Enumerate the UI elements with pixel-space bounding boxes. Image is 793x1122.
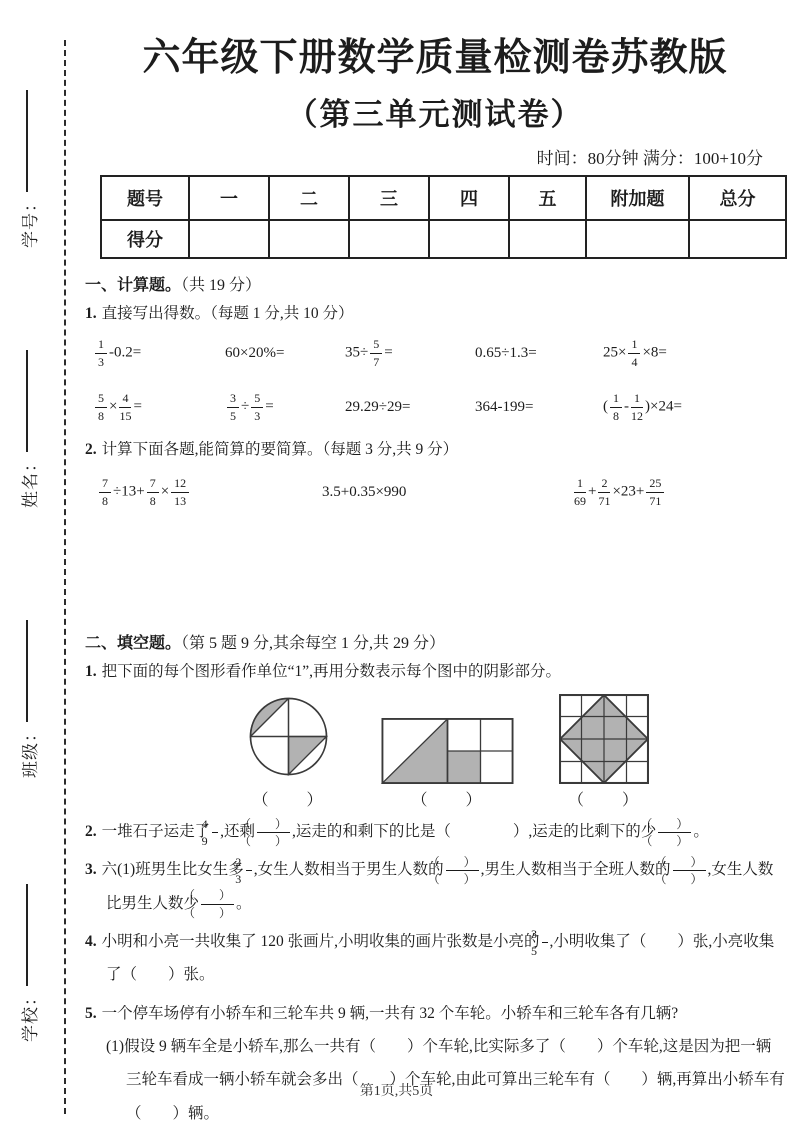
mental-calc-row-1: 13-0.2= 60×20%= 35÷57= 0.65÷1.3= 25×14×8… [85, 329, 785, 377]
fill-blank-q5: 5.一个停车场停有小轿车和三轮车共 9 辆,一共有 32 个车轮。小轿车和三轮车… [85, 997, 785, 1030]
calc-expression: 3.5+0.35×990 [322, 484, 572, 501]
question-number: 5. [85, 1005, 97, 1022]
fraction: 271 [598, 476, 610, 508]
fraction: （ ）（ ） [257, 817, 290, 849]
shaded-figure-row: （ ） （ ） （ ） [85, 689, 785, 810]
calc-expression: 0.65÷1.3= [475, 345, 603, 362]
score-cell [509, 220, 586, 258]
class-label: 班级： [16, 724, 41, 778]
fraction: 112 [631, 391, 643, 423]
margin-field-school: 学校： [16, 884, 40, 1042]
section2-heading-score: （第 5 题 9 分,其余每空 1 分,共 29 分） [181, 635, 445, 652]
section2-q1-prompt: 1.把下面的每个图形看作单位“1”,再用分数表示每个图中的阴影部分。 [85, 659, 785, 681]
text-run: 3.5+0.35×990 [322, 484, 406, 500]
paper-content: 六年级下册数学质量检测卷苏教版 （第三单元测试卷） 时间：80分钟 满分：100… [85, 0, 785, 1122]
text-run: × [161, 483, 169, 499]
figure-answer-blank: （ ） [252, 787, 324, 810]
margin-field-name: 姓名： [16, 350, 40, 508]
question-number: 1. [85, 305, 97, 322]
section1-heading-score: （共 19 分） [181, 277, 261, 294]
question-number: 1. [85, 663, 97, 680]
question-number: 2. [85, 441, 97, 458]
text-run: 364-199= [475, 399, 533, 415]
simplify-calc-row: 78÷13+78×1213 3.5+0.35×990 169+271×23+25… [85, 467, 785, 517]
text-run: 25× [603, 344, 626, 360]
margin-field-student-id: 学号： [16, 90, 40, 248]
fraction: （ ）（ ） [658, 817, 691, 849]
text-run: ÷13+ [113, 483, 145, 499]
fraction: （ ）（ ） [446, 855, 479, 887]
fraction: 78 [99, 476, 111, 508]
text-run: ,男生人数相当于全班人数的 [481, 861, 671, 878]
figure-circle-block: （ ） [241, 689, 336, 810]
text-run: 。 [236, 895, 252, 912]
calc-expression: 13-0.2= [93, 337, 225, 369]
fraction: 14 [628, 337, 640, 369]
page-number-footer: 第1页,共5页 [0, 1080, 793, 1100]
fill-blank-q2: 2.一堆石子运走了49,还剩（ ）（ ）,运走的和剩下的比是（ ）,运走的比剩下… [85, 815, 785, 848]
fraction: 169 [574, 476, 586, 508]
score-cell [269, 220, 349, 258]
text-run: = [133, 398, 141, 414]
question-text: 把下面的每个图形看作单位“1”,再用分数表示每个图中的阴影部分。 [102, 663, 561, 680]
student-id-label: 学号： [16, 194, 41, 248]
calc-expression: 78÷13+78×1213 [97, 476, 322, 508]
text-run: 。 [693, 823, 709, 840]
fraction: 2571 [646, 476, 664, 508]
figure-grid-diamond-block: （ ） [559, 694, 649, 810]
student-id-blank-line [24, 90, 28, 192]
fraction: 13 [95, 337, 107, 369]
text-run: + [588, 483, 596, 499]
fraction: 78 [147, 476, 159, 508]
score-cell [586, 220, 689, 258]
fraction: 58 [95, 391, 107, 423]
question-number: 4. [85, 933, 97, 950]
fraction: 49 [212, 817, 218, 849]
score-table: 题号 一 二 三 四 五 附加题 总分 得分 [100, 175, 787, 259]
school-blank-line [24, 884, 28, 986]
fraction: （ ）（ ） [201, 888, 234, 920]
text-run: 0.65÷1.3= [475, 345, 537, 361]
header-total: 总分 [689, 176, 786, 220]
class-blank-line [24, 620, 28, 722]
question-number: 3. [85, 861, 97, 878]
text-run: 29.29÷29= [345, 399, 410, 415]
fraction: 35 [227, 391, 239, 423]
text-run: 60×20%= [225, 345, 284, 361]
text-run: = [384, 344, 392, 360]
header-part-4: 四 [429, 176, 509, 220]
score-cell [189, 220, 269, 258]
paper-title: 六年级下册数学质量检测卷苏教版 [85, 26, 785, 81]
text-run: 35÷ [345, 344, 368, 360]
question-text: 计算下面各题,能简算的要简算。（每题 3 分,共 9 分） [102, 441, 459, 458]
calc-expression: 35÷53= [225, 391, 345, 423]
text-run: ×8= [642, 344, 666, 360]
header-part-5: 五 [509, 176, 586, 220]
header-part-1: 一 [189, 176, 269, 220]
calc-expression: 60×20%= [225, 345, 345, 362]
fraction: 23 [246, 855, 252, 887]
calc-expression: 58×415= [93, 391, 225, 423]
margin-field-class: 班级： [16, 620, 40, 778]
text-run: 一堆石子运走了 [102, 823, 211, 840]
text-run: ( [603, 398, 608, 414]
sub-question-number: (1) [106, 1038, 124, 1055]
score-cell [349, 220, 429, 258]
paper-subtitle: （第三单元测试卷） [85, 89, 785, 134]
figure-answer-blank: （ ） [411, 787, 483, 810]
mental-calc-row-2: 58×415= 35÷53= 29.29÷29= 364-199= (18-11… [85, 383, 785, 431]
header-part-2: 二 [269, 176, 349, 220]
rectangle-triangle-figure [380, 718, 515, 784]
section1-q1-prompt: 1.直接写出得数。（每题 1 分,共 10 分） [85, 301, 785, 323]
fraction: 57 [370, 337, 382, 369]
circle-quadrant-figure [241, 689, 336, 784]
question-body: 六(1)班男生比女生多23,女生人数相当于男生人数的（ ）（ ）,男生人数相当于… [102, 861, 774, 911]
name-label: 姓名： [16, 454, 41, 508]
figure-answer-blank: （ ） [568, 787, 640, 810]
fill-blank-q5-part1: (1)假设 9 辆车全是小轿车,那么一共有（ ）个车轮,比实际多了（ ）个车轮,… [85, 1030, 785, 1122]
fraction: 53 [251, 391, 263, 423]
text-run: ×23+ [612, 483, 644, 499]
fraction: （ ）（ ） [673, 855, 706, 887]
question-text: 一个停车场停有小轿车和三轮车共 9 辆,一共有 32 个车轮。小轿车和三轮车各有… [102, 1005, 679, 1022]
header-part-3: 三 [349, 176, 429, 220]
question-number: 2. [85, 823, 97, 840]
text-run: × [109, 398, 117, 414]
margin-dashed-divider [64, 40, 66, 1114]
question-body: 小明和小亮一共收集了 120 张画片,小明收集的画片张数是小亮的35,小明收集了… [102, 933, 775, 983]
score-table-header-row: 题号 一 二 三 四 五 附加题 总分 [101, 176, 786, 220]
score-cell [689, 220, 786, 258]
text-run: ,女生人数相当于男生人数的 [254, 861, 444, 878]
fill-blank-q3: 3.六(1)班男生比女生多23,女生人数相当于男生人数的（ ）（ ）,男生人数相… [85, 853, 785, 920]
text-run: 小明和小亮一共收集了 120 张画片,小明收集的画片张数是小亮的 [102, 933, 540, 950]
score-table-score-row: 得分 [101, 220, 786, 258]
fraction: 35 [542, 927, 548, 959]
text-run: ÷ [241, 398, 249, 414]
header-bonus: 附加题 [586, 176, 689, 220]
section2-heading: 二、填空题。（第 5 题 9 分,其余每空 1 分,共 29 分） [85, 630, 785, 653]
fraction: 1213 [171, 476, 189, 508]
text-run: 六(1)班男生比女生多 [102, 861, 244, 878]
calc-expression: 364-199= [475, 399, 603, 416]
score-row-label: 得分 [101, 220, 189, 258]
calc-expression: 169+271×23+2571 [572, 476, 785, 508]
calc-expression: (18-112)×24= [603, 391, 785, 423]
calc-expression: 29.29÷29= [345, 399, 475, 416]
text-run: -0.2= [109, 344, 141, 360]
exam-time-score-info: 时间：80分钟 满分：100+10分 [85, 144, 785, 169]
question-text: 直接写出得数。（每题 1 分,共 10 分） [102, 305, 354, 322]
score-cell [429, 220, 509, 258]
text-run: = [265, 398, 273, 414]
school-label: 学校： [16, 988, 41, 1042]
section1-heading: 一、计算题。（共 19 分） [85, 272, 785, 295]
fraction: 415 [119, 391, 131, 423]
section1-q2-prompt: 2.计算下面各题,能简算的要简算。（每题 3 分,共 9 分） [85, 437, 785, 459]
name-blank-line [24, 350, 28, 452]
calc-expression: 35÷57= [345, 337, 475, 369]
calc-expression: 25×14×8= [603, 337, 785, 369]
header-question-number: 题号 [101, 176, 189, 220]
fraction: 18 [610, 391, 622, 423]
grid-diamond-figure [559, 694, 649, 784]
text-run: - [624, 398, 629, 414]
section1-heading-title: 一、计算题。 [85, 277, 181, 294]
text-run: ,运走的和剩下的比是（ ）,运走的比剩下的少 [292, 823, 656, 840]
text-run: )×24= [645, 398, 682, 414]
section2-heading-title: 二、填空题。 [85, 635, 181, 652]
fill-blank-q4: 4.小明和小亮一共收集了 120 张画片,小明收集的画片张数是小亮的35,小明收… [85, 925, 785, 992]
question-body: 一堆石子运走了49,还剩（ ）（ ）,运走的和剩下的比是（ ）,运走的比剩下的少… [102, 823, 709, 840]
working-space [85, 517, 785, 617]
figure-rectangle-block: （ ） [380, 718, 515, 810]
